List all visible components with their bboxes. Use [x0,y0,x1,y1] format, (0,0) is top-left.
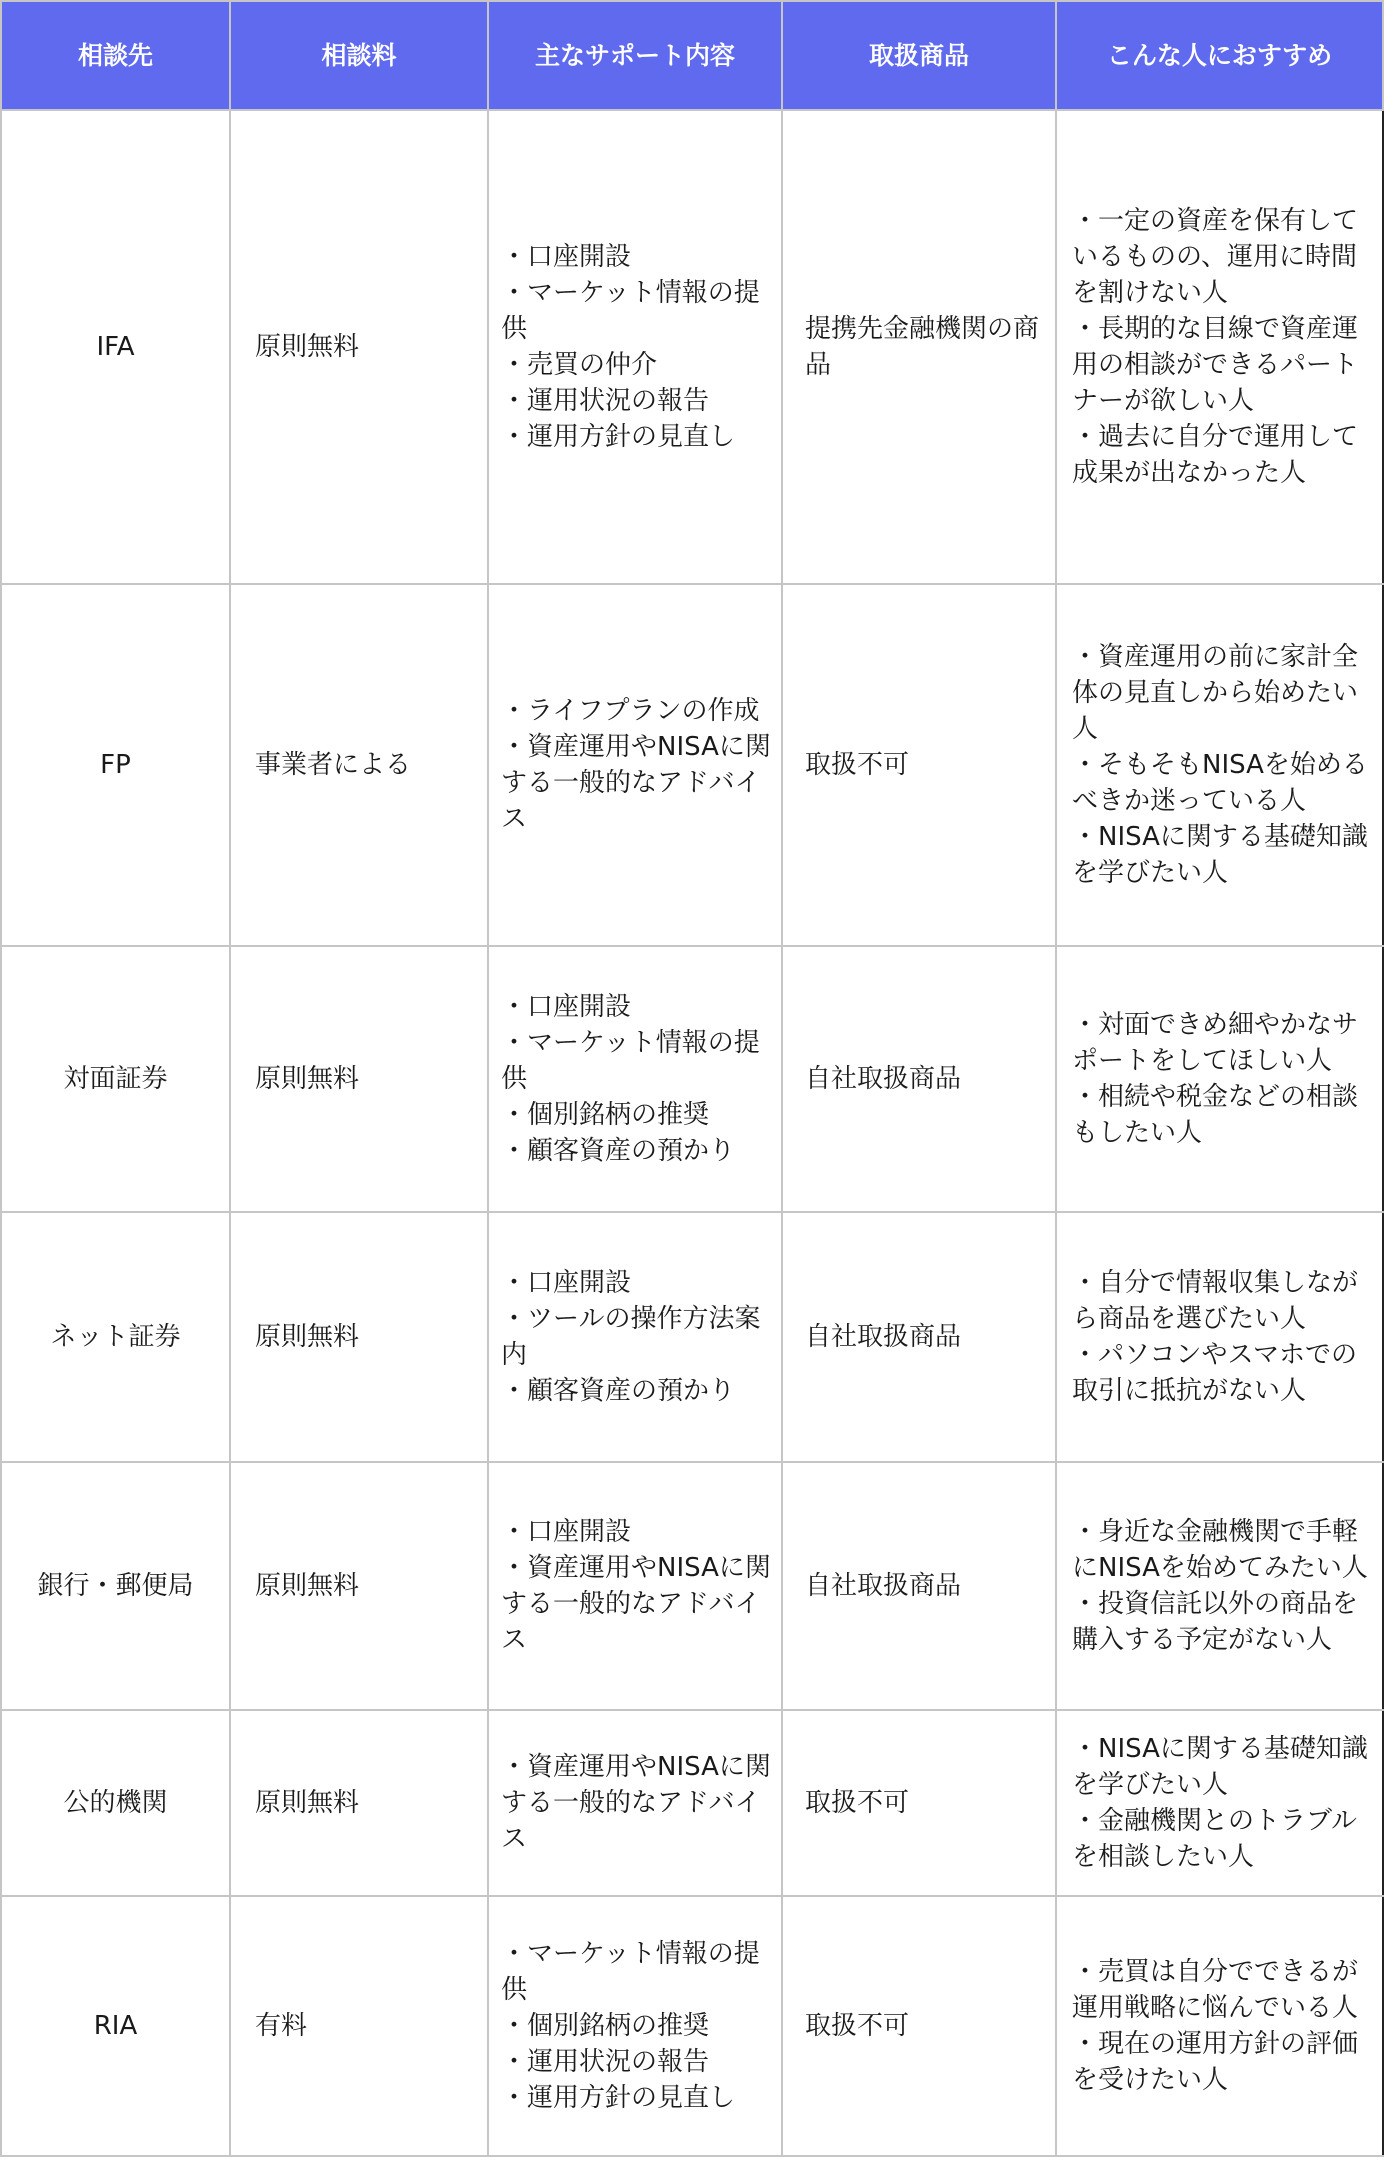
advisor-name-cell: RIA [1,1896,230,2156]
support-item: ・マーケット情報の提供 [501,1025,771,1097]
support-item: ・売買の仲介 [501,347,771,383]
advisor-name-cell: ネット証券 [1,1212,230,1462]
fee-cell: 原則無料 [230,946,488,1212]
recommended-cell: ・NISAに関する基礎知識を学びたい人 ・金融機関とのトラブルを相談したい人 [1056,1710,1383,1896]
table-row: 銀行・郵便局 原則無料 ・口座開設 ・資産運用やNISAに関する一般的なアドバイ… [1,1462,1383,1710]
table-header: 相談先 相談料 主なサポート内容 取扱商品 こんな人におすすめ [1,1,1383,110]
support-item: ・個別銘柄の推奨 [501,1097,771,1133]
support-item: ・マーケット情報の提供 [501,1936,771,2008]
column-header-products: 取扱商品 [782,1,1056,110]
support-item: ・運用状況の報告 [501,2044,771,2080]
recommended-cell: ・資産運用の前に家計全体の見直しから始めたい人 ・そもそもNISAを始めるべきか… [1056,584,1383,946]
recommended-cell: ・売買は自分でできるが運用戦略に悩んでいる人 ・現在の運用方針の評価を受けたい人 [1056,1896,1383,2156]
table-row: 公的機関 原則無料 ・資産運用やNISAに関する一般的なアドバイス 取扱不可 ・… [1,1710,1383,1896]
products-cell: 自社取扱商品 [782,946,1056,1212]
products-cell: 自社取扱商品 [782,1462,1056,1710]
column-header-recommended: こんな人におすすめ [1056,1,1383,110]
recommended-item: ・自分で情報収集しながら商品を選びたい人 [1072,1265,1370,1337]
column-header-support: 主なサポート内容 [488,1,782,110]
support-item: ・顧客資産の預かり [501,1373,771,1409]
support-item: ・口座開設 [501,989,771,1025]
support-item: ・口座開設 [501,239,771,275]
table-row: 対面証券 原則無料 ・口座開設 ・マーケット情報の提供 ・個別銘柄の推奨 ・顧客… [1,946,1383,1212]
products-cell: 取扱不可 [782,584,1056,946]
support-cell: ・資産運用やNISAに関する一般的なアドバイス [488,1710,782,1896]
fee-cell: 事業者による [230,584,488,946]
support-item: ・資産運用やNISAに関する一般的なアドバイス [501,1550,771,1658]
support-item: ・顧客資産の預かり [501,1133,771,1169]
recommended-cell: ・自分で情報収集しながら商品を選びたい人 ・パソコンやスマホでの取引に抵抗がない… [1056,1212,1383,1462]
recommended-cell: ・対面できめ細やかなサポートをしてほしい人 ・相続や税金などの相談もしたい人 [1056,946,1383,1212]
recommended-cell: ・一定の資産を保有しているものの、運用に時間を割けない人 ・長期的な目線で資産運… [1056,110,1383,584]
fee-cell: 原則無料 [230,1462,488,1710]
recommended-item: ・一定の資産を保有しているものの、運用に時間を割けない人 [1072,203,1370,311]
table-body: IFA 原則無料 ・口座開設 ・マーケット情報の提供 ・売買の仲介 ・運用状況の… [1,110,1383,2156]
recommended-item: ・投資信託以外の商品を購入する予定がない人 [1072,1586,1370,1658]
table-row: IFA 原則無料 ・口座開設 ・マーケット情報の提供 ・売買の仲介 ・運用状況の… [1,110,1383,584]
table-row: FP 事業者による ・ライフプランの作成 ・資産運用やNISAに関する一般的なア… [1,584,1383,946]
recommended-item: ・資産運用の前に家計全体の見直しから始めたい人 [1072,639,1370,747]
support-item: ・運用方針の見直し [501,419,771,455]
support-cell: ・口座開設 ・マーケット情報の提供 ・個別銘柄の推奨 ・顧客資産の預かり [488,946,782,1212]
table-row: ネット証券 原則無料 ・口座開設 ・ツールの操作方法案内 ・顧客資産の預かり 自… [1,1212,1383,1462]
table-row: RIA 有料 ・マーケット情報の提供 ・個別銘柄の推奨 ・運用状況の報告 ・運用… [1,1896,1383,2156]
advisor-name-cell: FP [1,584,230,946]
support-cell: ・口座開設 ・資産運用やNISAに関する一般的なアドバイス [488,1462,782,1710]
support-item: ・運用方針の見直し [501,2080,771,2116]
fee-cell: 原則無料 [230,110,488,584]
fee-cell: 原則無料 [230,1710,488,1896]
recommended-item: ・金融機関とのトラブルを相談したい人 [1072,1803,1370,1875]
advisor-comparison-table: 相談先 相談料 主なサポート内容 取扱商品 こんな人におすすめ IFA 原則無料… [0,0,1384,2157]
header-row: 相談先 相談料 主なサポート内容 取扱商品 こんな人におすすめ [1,1,1383,110]
recommended-item: ・身近な金融機関で手軽にNISAを始めてみたい人 [1072,1514,1370,1586]
recommended-item: ・相続や税金などの相談もしたい人 [1072,1079,1370,1151]
recommended-item: ・そもそもNISAを始めるべきか迷っている人 [1072,747,1370,819]
products-cell: 自社取扱商品 [782,1212,1056,1462]
products-cell: 提携先金融機関の商品 [782,110,1056,584]
support-item: ・個別銘柄の推奨 [501,2008,771,2044]
recommended-item: ・NISAに関する基礎知識を学びたい人 [1072,819,1370,891]
products-cell: 取扱不可 [782,1896,1056,2156]
products-cell: 取扱不可 [782,1710,1056,1896]
advisor-name-cell: 対面証券 [1,946,230,1212]
advisor-name-cell: 銀行・郵便局 [1,1462,230,1710]
support-item: ・マーケット情報の提供 [501,275,771,347]
recommended-item: ・売買は自分でできるが運用戦略に悩んでいる人 [1072,1954,1370,2026]
support-item: ・口座開設 [501,1514,771,1550]
recommended-item: ・長期的な目線で資産運用の相談ができるパートナーが欲しい人 [1072,311,1370,419]
recommended-item: ・パソコンやスマホでの取引に抵抗がない人 [1072,1337,1370,1409]
column-header-fee: 相談料 [230,1,488,110]
support-cell: ・マーケット情報の提供 ・個別銘柄の推奨 ・運用状況の報告 ・運用方針の見直し [488,1896,782,2156]
support-cell: ・ライフプランの作成 ・資産運用やNISAに関する一般的なアドバイス [488,584,782,946]
recommended-cell: ・身近な金融機関で手軽にNISAを始めてみたい人 ・投資信託以外の商品を購入する… [1056,1462,1383,1710]
support-item: ・資産運用やNISAに関する一般的なアドバイス [501,729,771,837]
column-header-advisor: 相談先 [1,1,230,110]
recommended-item: ・対面できめ細やかなサポートをしてほしい人 [1072,1007,1370,1079]
advisor-name-cell: 公的機関 [1,1710,230,1896]
fee-cell: 有料 [230,1896,488,2156]
support-item: ・口座開設 [501,1265,771,1301]
recommended-item: ・現在の運用方針の評価を受けたい人 [1072,2026,1370,2098]
support-item: ・運用状況の報告 [501,383,771,419]
recommended-item: ・NISAに関する基礎知識を学びたい人 [1072,1731,1370,1803]
support-item: ・ツールの操作方法案内 [501,1301,771,1373]
support-item: ・ライフプランの作成 [501,693,771,729]
advisor-name-cell: IFA [1,110,230,584]
support-item: ・資産運用やNISAに関する一般的なアドバイス [501,1749,771,1857]
support-cell: ・口座開設 ・ツールの操作方法案内 ・顧客資産の預かり [488,1212,782,1462]
recommended-item: ・過去に自分で運用して成果が出なかった人 [1072,419,1370,491]
fee-cell: 原則無料 [230,1212,488,1462]
support-cell: ・口座開設 ・マーケット情報の提供 ・売買の仲介 ・運用状況の報告 ・運用方針の… [488,110,782,584]
